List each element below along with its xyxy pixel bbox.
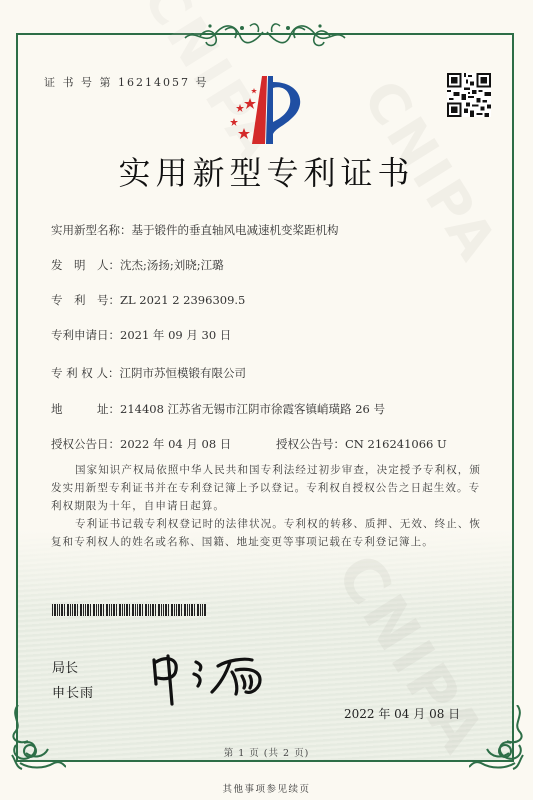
body-paragraph-2: 专利证书记载专利权登记时的法律状况。专利权的转移、质押、无效、终止、恢复和专利权… (51, 515, 481, 551)
field-label: 专利申请日： (51, 327, 120, 343)
corner-ornament-icon (469, 705, 529, 775)
top-ornament-icon (180, 18, 350, 48)
signatory-title: 局长 (52, 657, 78, 676)
paragraph-text: 专利证书记载专利权登记时的法律状况。专利权的转移、质押、无效、终止、恢复和专利权… (51, 518, 481, 548)
field-patent-number: 专 利 号：ZL 2021 2 2396309.5 (51, 292, 245, 308)
field-value: 基于锻件的垂直轴风电减速机变桨距机构 (132, 223, 339, 237)
paragraph-text: 国家知识产权局依照中华人民共和国专利法经过初步审查，决定授予专利权，颁发实用新型… (51, 464, 481, 512)
continued-note: 其他事项参见续页 (0, 781, 533, 795)
field-utility-model-name: 实用新型名称：基于锻件的垂直轴风电减速机变桨距机构 (51, 222, 339, 238)
field-label: 地 址： (51, 401, 120, 417)
field-value: CN 216241066 U (345, 437, 447, 451)
field-label: 专 利 号： (51, 292, 120, 308)
field-address: 地 址：214408 江苏省无锡市江阴市徐霞客镇峭璜路 26 号 (51, 401, 385, 417)
handwritten-signature-icon (148, 648, 278, 706)
field-value: 江阴市苏恒模锻有限公司 (119, 366, 246, 380)
certificate-number: 证 书 号 第 16214057 号 (44, 74, 208, 90)
body-paragraph-1: 国家知识产权局依照中华人民共和国专利法经过初步审查，决定授予专利权，颁发实用新型… (51, 461, 481, 515)
field-inventors: 发 明 人：沈杰;汤扬;刘晓;江璐 (51, 257, 224, 273)
field-value: 沈杰;汤扬;刘晓;江璐 (120, 258, 224, 272)
field-filing-date: 专利申请日：2021 年 09 月 30 日 (51, 327, 231, 343)
field-value: 214408 江苏省无锡市江阴市徐霞客镇峭璜路 26 号 (120, 402, 385, 416)
field-label: 授权公告日： (51, 436, 120, 452)
field-grant-publication-number: 授权公告号：CN 216241066 U (276, 436, 447, 452)
field-label: 实用新型名称： (51, 222, 132, 238)
qr-code-icon (447, 73, 491, 117)
field-value: 2022 年 04 月 08 日 (120, 437, 231, 451)
page-indicator: 第 1 页 (共 2 页) (0, 745, 533, 759)
field-value: ZL 2021 2 2396309.5 (120, 293, 245, 307)
signatory-name: 申长雨 (52, 682, 94, 701)
field-label: 专 利 权 人： (51, 365, 119, 381)
corner-ornament-icon (6, 705, 66, 775)
field-label: 授权公告号： (276, 437, 345, 451)
field-grant-date: 授权公告日：2022 年 04 月 08 日 (51, 436, 231, 452)
field-label: 发 明 人： (51, 257, 120, 273)
field-value: 2021 年 09 月 30 日 (120, 328, 231, 342)
cnipa-logo-icon (222, 74, 308, 146)
certificate-title: 实用新型专利证书 (0, 148, 533, 194)
signature-date: 2022 年 04 月 08 日 (344, 705, 460, 722)
barcode-icon (52, 604, 206, 616)
field-patentee: 专 利 权 人：江阴市苏恒模锻有限公司 (51, 365, 246, 381)
